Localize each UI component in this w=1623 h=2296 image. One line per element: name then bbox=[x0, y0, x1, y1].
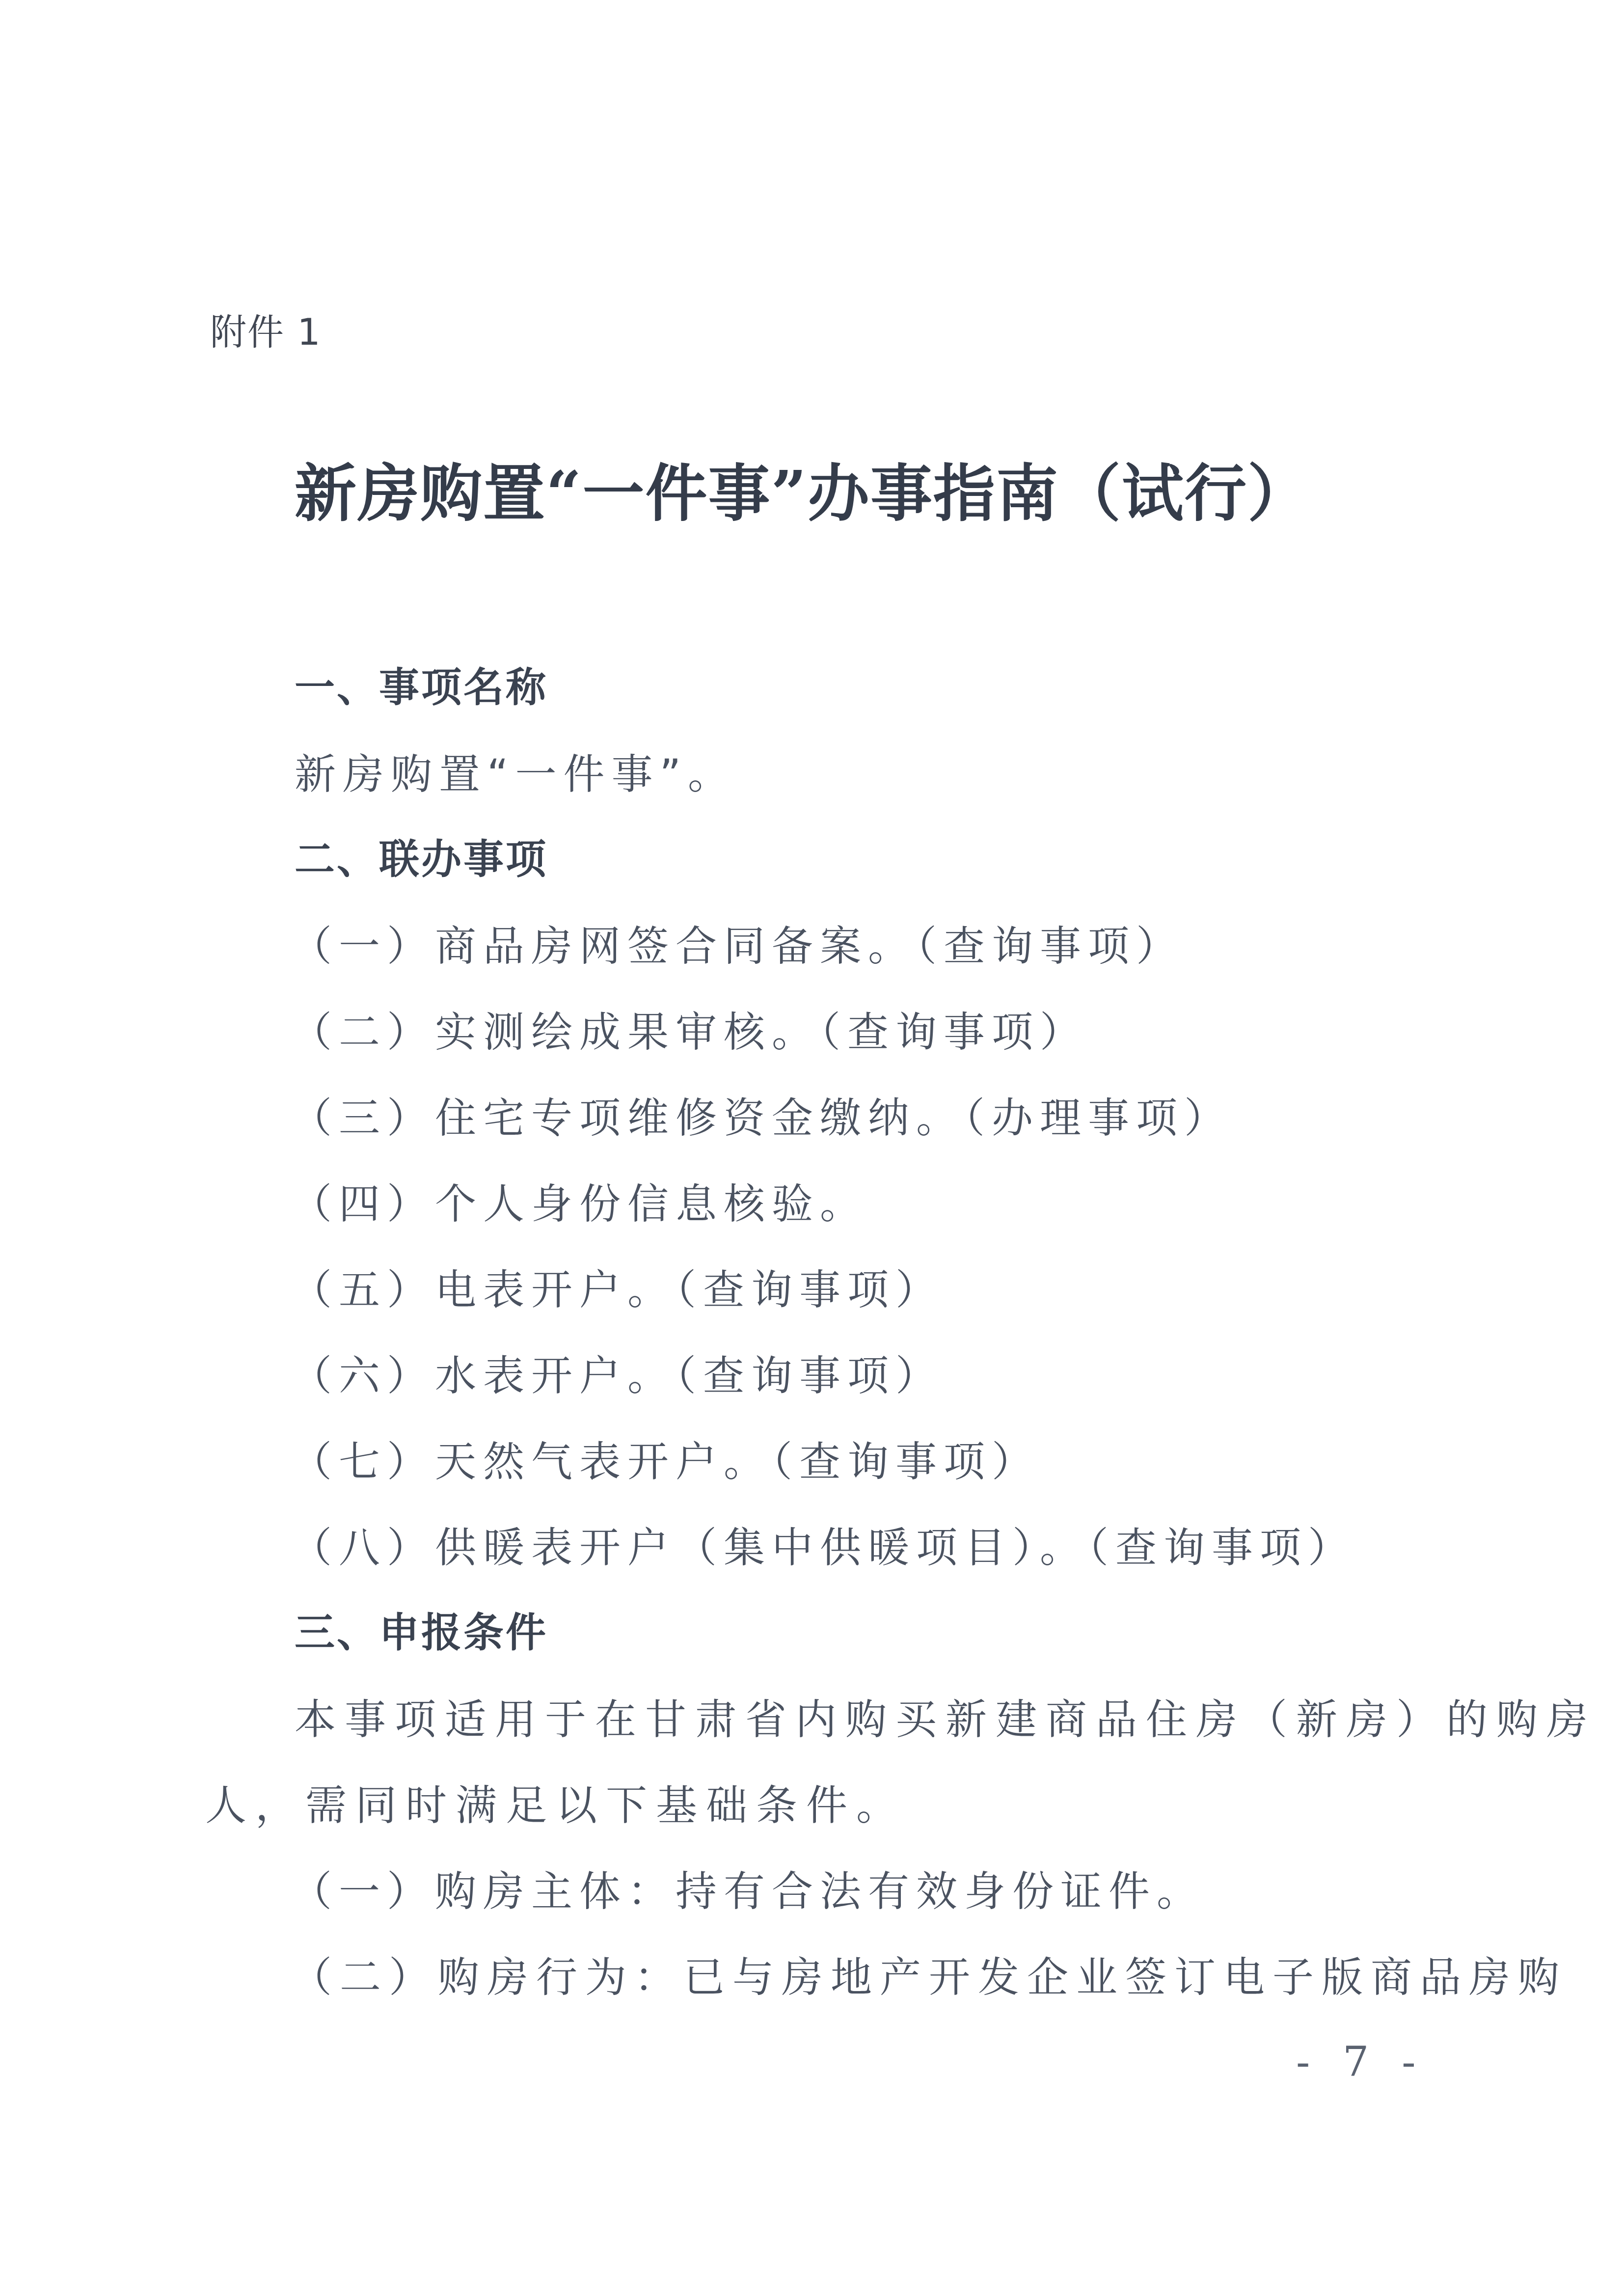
section-heading-item-name: 一、事项名称 bbox=[295, 656, 548, 713]
joint-item: （三）住宅专项维修资金缴纳。（办理事项） bbox=[291, 1085, 1232, 1145]
joint-item: （五）电表开户。（查询事项） bbox=[291, 1257, 944, 1316]
page-number: - 7 - bbox=[1296, 2038, 1426, 2086]
condition-item: （一）购房主体：持有合法有效身份证件。 bbox=[291, 1859, 1205, 1918]
item-name-text: 新房购置“一件事”。 bbox=[295, 741, 736, 801]
joint-item: （二）实测绘成果审核。（查询事项） bbox=[291, 999, 1088, 1059]
joint-item: （四）个人身份信息核验。 bbox=[291, 1171, 868, 1230]
joint-item: （八）供暖表开户（集中供暖项目）。（查询事项） bbox=[291, 1515, 1356, 1574]
joint-item: （七）天然气表开户。（查询事项） bbox=[291, 1429, 1040, 1488]
joint-item: （一）商品房网签合同备案。（查询事项） bbox=[291, 913, 1184, 973]
conditions-intro-cont: 人，需同时满足以下基础条件。 bbox=[205, 1773, 906, 1832]
section-heading-joint-items: 二、联办事项 bbox=[295, 827, 548, 885]
attachment-label: 附件 1 bbox=[210, 303, 322, 355]
conditions-intro: 本事项适用于在甘肃省内购买新建商品住房（新房）的购房 bbox=[295, 1687, 1596, 1746]
joint-item: （六）水表开户。（查询事项） bbox=[291, 1343, 944, 1402]
page-title: 新房购置“一件事”办事指南（试行） bbox=[295, 444, 1375, 533]
condition-item: （二）购房行为：已与房地产开发企业签订电子版商品房购 bbox=[291, 1944, 1567, 2004]
section-heading-conditions: 三、申报条件 bbox=[295, 1601, 548, 1658]
